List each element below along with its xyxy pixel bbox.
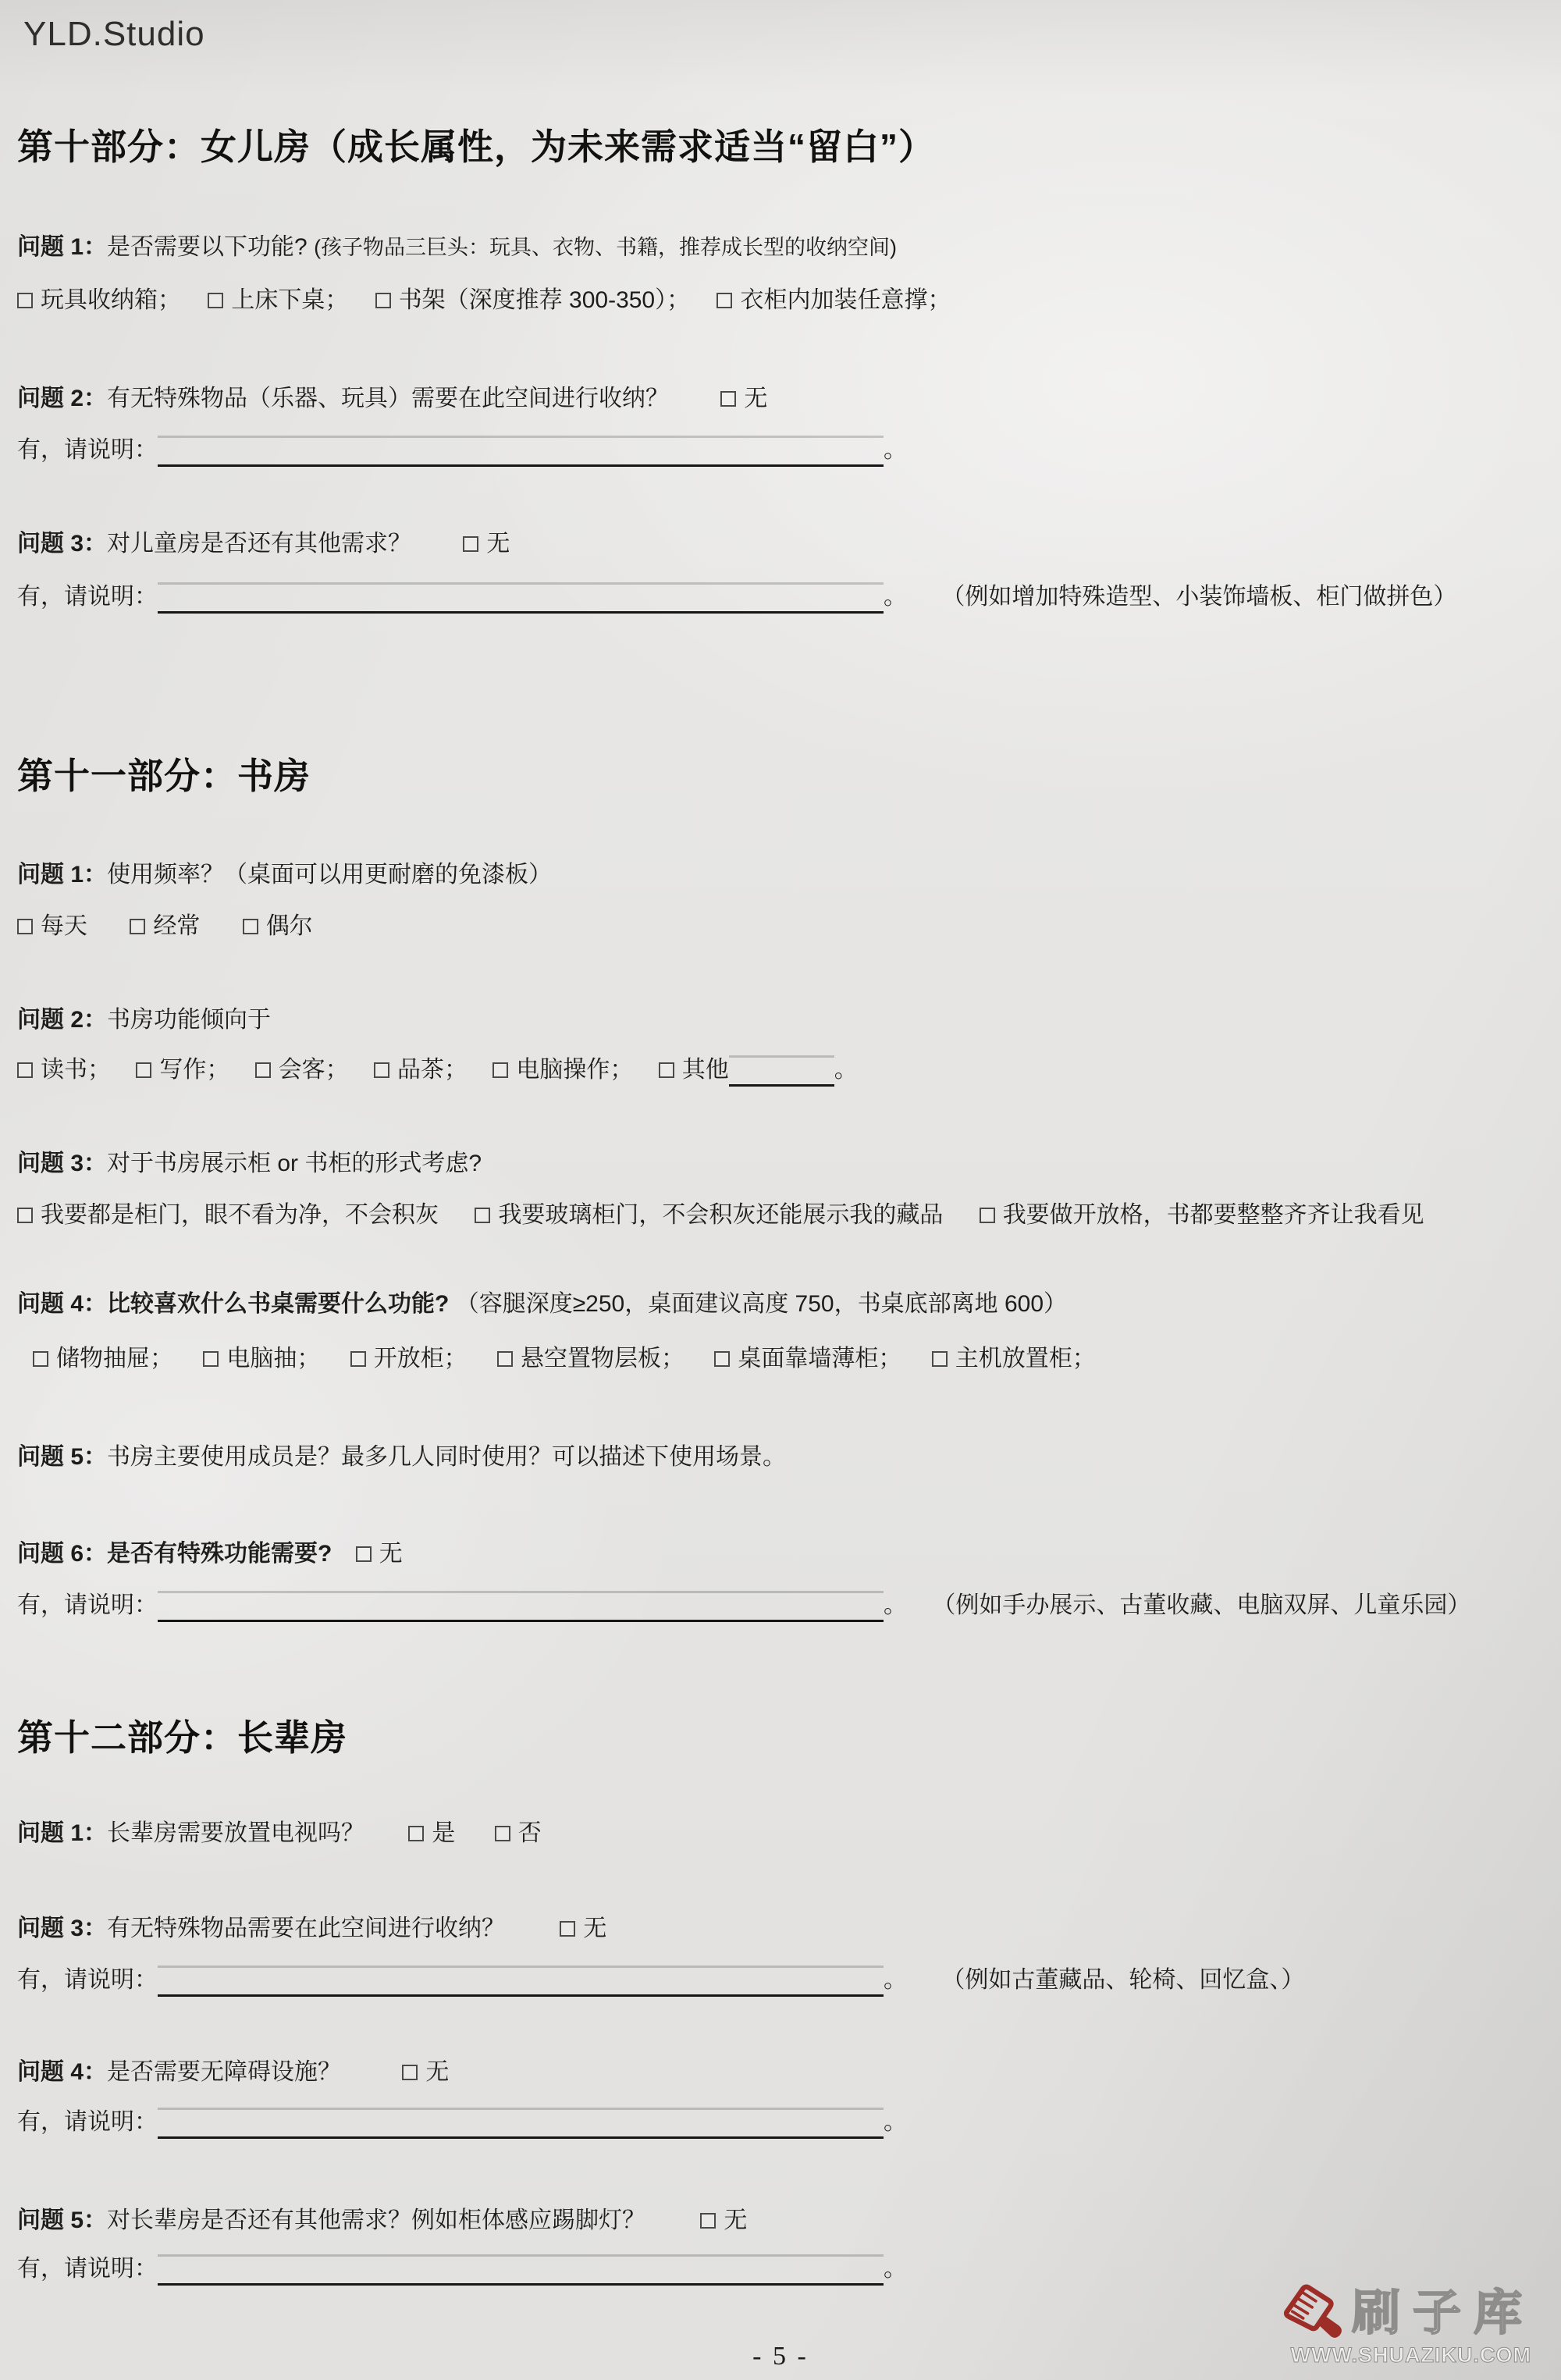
s11-q1-options: 每天 经常 偶尔 (17, 910, 313, 943)
checkbox-option: 储物抽屉； (33, 1343, 173, 1375)
checkbox[interactable] (492, 1062, 508, 1078)
checkbox[interactable] (716, 293, 732, 308)
write-in-blank[interactable] (729, 1058, 834, 1087)
option-label: 悬空置物层板； (521, 1346, 684, 1371)
checkbox-option: 玩具收纳箱； (17, 284, 181, 317)
period: 。 (834, 1057, 858, 1083)
question-text: 对儿童房是否还有其他需求？ (107, 531, 411, 557)
question-label: 问题 3： (17, 1916, 107, 1941)
option-label: 我要做开放格，书都要整整齐齐让我看见 (1003, 1202, 1424, 1228)
checkbox[interactable] (980, 1208, 995, 1223)
s11-q4-question: 问题 4：比较喜欢什么书桌需要什么功能? （容腿深度≥250，桌面建议高度 75… (17, 1288, 1067, 1321)
checkbox[interactable] (375, 293, 391, 308)
checkbox[interactable] (495, 1826, 510, 1841)
question-text: 是否需要无障碍设施？ (107, 2059, 341, 2085)
s12-q1-question: 问题 1：长辈房需要放置电视吗？ 是 否 (17, 1817, 542, 1850)
s12-q3-fill-line: 有，请说明：。 （例如古董藏品、轮椅、回忆盒、） (17, 1964, 1304, 1997)
checkbox[interactable] (17, 1208, 33, 1223)
option-label: 书架（深度推荐 300-350）； (399, 287, 690, 313)
checkbox-option: 每天 (17, 910, 87, 943)
option-label: 无 (486, 531, 510, 557)
fill-prefix: 有，请说明： (17, 1592, 158, 1618)
question-label: 问题 3： (17, 531, 107, 557)
s11-q3-options: 我要都是柜门，眼不看为净，不会积灰 我要玻璃柜门，不会积灰还能展示我的藏品 我要… (17, 1199, 1424, 1232)
question-text: 有无特殊物品需要在此空间进行收纳？ (107, 1916, 505, 1941)
checkbox-option: 偶尔 (243, 910, 313, 943)
option-label: 其他 (682, 1057, 729, 1083)
question-text: 是否有特殊功能需要? (107, 1541, 332, 1567)
option-label: 读书； (41, 1057, 111, 1083)
checkbox[interactable] (136, 1062, 151, 1078)
checkbox-option: 电脑操作； (492, 1054, 633, 1087)
checkbox-option: 会客； (255, 1054, 349, 1087)
option-label: 无 (583, 1916, 606, 1941)
checkbox[interactable] (17, 293, 33, 308)
checkbox-option: 我要都是柜门，眼不看为净，不会积灰 (17, 1199, 439, 1232)
s12-q5-question: 问题 5：对长辈房是否还有其他需求？例如柜体感应踢脚灯？ 无 (17, 2204, 747, 2237)
s11-q6-fill-line: 有，请说明：。 （例如手办展示、古董收藏、电脑双屏、儿童乐园） (17, 1589, 1470, 1622)
period: 。 (884, 2109, 907, 2135)
fill-prefix: 有，请说明： (17, 2109, 158, 2135)
question-text: 对长辈房是否还有其他需求？例如柜体感应踢脚灯？ (107, 2207, 645, 2233)
option-label: 衣柜内加装任意撑； (740, 287, 951, 313)
fill-prefix: 有，请说明： (17, 2256, 158, 2282)
checkbox-option: 无 (720, 382, 767, 415)
checkbox[interactable] (659, 1062, 674, 1078)
brand-logo: YLD.Studio (23, 12, 205, 56)
checkbox-option: 电脑抽； (203, 1343, 320, 1375)
watermark: 刷子库 (1277, 2278, 1534, 2350)
checkbox-option: 写作； (136, 1054, 229, 1087)
question-text: 有无特殊物品（乐器、玩具）需要在此空间进行收纳？ (107, 386, 669, 411)
write-in-blank[interactable] (158, 2257, 884, 2286)
option-label: 每天 (41, 913, 87, 939)
option-label: 无 (379, 1541, 403, 1567)
question-text: 书房功能倾向于 (107, 1007, 271, 1033)
s11-q4-options: 储物抽屉； 电脑抽； 开放柜； 悬空置物层板； 桌面靠墙薄柜； 主机放置柜； (33, 1343, 1096, 1375)
checkbox[interactable] (497, 1351, 513, 1367)
checkbox-option: 开放柜； (350, 1343, 468, 1375)
question-note: (孩子物品三巨头：玩具、衣物、书籍，推荐成长型的收纳空间) (314, 236, 897, 259)
s12-q4-fill-line: 有，请说明：。 (17, 2106, 907, 2139)
question-label: 问题 4： (17, 1291, 107, 1317)
option-label: 我要玻璃柜门，不会积灰还能展示我的藏品 (498, 1202, 943, 1228)
question-label: 问题 1： (17, 1820, 107, 1846)
option-label: 储物抽屉； (56, 1346, 173, 1371)
s11-q2-question: 问题 2：书房功能倾向于 (17, 1004, 271, 1037)
question-label: 问题 1： (17, 862, 107, 888)
checkbox[interactable] (700, 2213, 716, 2229)
questionnaire-page: YLD.Studio 第十部分：女儿房（成长属性，为未来需求适当“留白”） 问题… (0, 0, 1561, 2380)
section-11-title: 第十一部分：书房 (17, 752, 311, 799)
question-text: 使用频率？ (107, 862, 224, 888)
s12-q3-question: 问题 3：有无特殊物品需要在此空间进行收纳？ 无 (17, 1912, 606, 1945)
checkbox[interactable] (475, 1208, 490, 1223)
checkbox-option: 书架（深度推荐 300-350）； (375, 284, 690, 317)
s10-q3-question: 问题 3：对儿童房是否还有其他需求？ 无 (17, 528, 510, 560)
s10-q1-question: 问题 1：是否需要以下功能? (孩子物品三巨头：玩具、衣物、书籍，推荐成长型的收… (17, 231, 897, 264)
checkbox-option: 桌面靠墙薄柜； (714, 1343, 901, 1375)
checkbox-option: 无 (356, 1538, 403, 1571)
checkbox-option: 无 (402, 2056, 449, 2089)
option-label: 无 (425, 2059, 449, 2085)
s11-q3-question: 问题 3：对于书房展示柜 or 书柜的形式考虑? (17, 1147, 482, 1180)
option-label: 无 (744, 386, 767, 411)
checkbox-option: 其他 (659, 1054, 729, 1087)
checkbox-option: 我要玻璃柜门，不会积灰还能展示我的藏品 (475, 1199, 943, 1232)
checkbox[interactable] (350, 1351, 366, 1367)
period: 。 (884, 437, 907, 463)
period: 。 (884, 1967, 907, 1993)
checkbox-option: 我要做开放格，书都要整整齐齐让我看见 (980, 1199, 1424, 1232)
question-label: 问题 5： (17, 1444, 107, 1470)
checkbox[interactable] (714, 1351, 730, 1367)
question-text: 书房主要使用成员是？最多几人同时使用？可以描述下使用场景。 (107, 1444, 786, 1470)
option-label: 无 (724, 2207, 747, 2233)
question-text: 对于书房展示柜 or 书柜的形式考虑? (107, 1151, 482, 1176)
checkbox[interactable] (203, 1351, 219, 1367)
option-label: 我要都是柜门，眼不看为净，不会积灰 (41, 1202, 439, 1228)
option-label: 会客； (279, 1057, 349, 1083)
checkbox[interactable] (356, 1546, 372, 1562)
checkbox[interactable] (408, 1826, 424, 1841)
option-label: 主机放置柜； (955, 1346, 1096, 1371)
question-note: （容腿深度≥250，桌面建议高度 750，书桌底部离地 600） (456, 1291, 1067, 1317)
fill-note: （例如增加特殊造型、小装饰墙板、柜门做拼色） (941, 584, 1456, 610)
question-note: （桌面可以用更耐磨的免漆板） (224, 862, 552, 888)
write-in-blank[interactable] (158, 585, 884, 614)
checkbox-option: 主机放置柜； (932, 1343, 1096, 1375)
option-label: 品茶； (397, 1057, 468, 1083)
checkbox-option: 是 (408, 1817, 455, 1850)
checkbox[interactable] (402, 2065, 418, 2080)
checkbox[interactable] (255, 1062, 271, 1078)
checkbox-option: 否 (495, 1817, 542, 1850)
question-text: 比较喜欢什么书桌需要什么功能? (107, 1291, 449, 1317)
fill-prefix: 有，请说明： (17, 437, 158, 463)
s10-q1-options: 玩具收纳箱； 上床下桌； 书架（深度推荐 300-350）； 衣柜内加装任意撑； (17, 284, 951, 317)
option-label: 否 (518, 1820, 542, 1846)
question-label: 问题 6： (17, 1541, 107, 1567)
checkbox[interactable] (932, 1351, 948, 1367)
s10-q2-question: 问题 2：有无特殊物品（乐器、玩具）需要在此空间进行收纳？ 无 (17, 382, 767, 415)
section-12-title: 第十二部分：长辈房 (17, 1714, 347, 1761)
option-label: 电脑抽； (226, 1346, 320, 1371)
period: 。 (884, 1592, 907, 1618)
checkbox[interactable] (33, 1351, 48, 1367)
checkbox[interactable] (720, 391, 736, 407)
checkbox[interactable] (463, 536, 478, 552)
checkbox[interactable] (374, 1062, 389, 1078)
option-label: 开放柜； (374, 1346, 468, 1371)
s10-q2-fill-line: 有，请说明：。 (17, 434, 907, 467)
s11-q5-question: 问题 5：书房主要使用成员是？最多几人同时使用？可以描述下使用场景。 (17, 1441, 786, 1474)
question-text: 是否需要以下功能? (107, 234, 308, 260)
option-label: 是 (432, 1820, 455, 1846)
checkbox-option: 无 (560, 1912, 606, 1945)
question-label: 问题 1： (17, 234, 107, 260)
period: 。 (884, 2256, 907, 2282)
option-label: 偶尔 (266, 913, 313, 939)
watermark-name: 刷子库 (1352, 2283, 1534, 2344)
watermark-url: WWW.SHUAZIKU.COM (1291, 2343, 1531, 2368)
brush-icon (1277, 2278, 1349, 2350)
fill-prefix: 有，请说明： (17, 1967, 158, 1993)
fill-note: （例如古董藏品、轮椅、回忆盒、） (941, 1967, 1304, 1993)
fill-note: （例如手办展示、古董收藏、电脑双屏、儿童乐园） (932, 1592, 1470, 1618)
write-in-blank[interactable] (158, 438, 884, 467)
checkbox-option: 无 (463, 528, 510, 560)
checkbox[interactable] (208, 293, 223, 308)
checkbox[interactable] (17, 1062, 33, 1078)
question-label: 问题 2： (17, 386, 107, 411)
question-text: 长辈房需要放置电视吗？ (107, 1820, 364, 1846)
option-label: 经常 (153, 913, 200, 939)
checkbox[interactable] (560, 1921, 575, 1937)
checkbox-option: 无 (700, 2204, 747, 2237)
option-label: 玩具收纳箱； (41, 287, 181, 313)
checkbox-option: 经常 (130, 910, 200, 943)
checkbox[interactable] (17, 919, 33, 934)
write-in-blank[interactable] (158, 1593, 884, 1622)
option-label: 写作； (159, 1057, 229, 1083)
question-label: 问题 5： (17, 2207, 107, 2233)
checkbox-option: 上床下桌； (208, 284, 348, 317)
s11-q1-question: 问题 1：使用频率？（桌面可以用更耐磨的免漆板） (17, 859, 552, 891)
checkbox-option: 读书； (17, 1054, 111, 1087)
checkbox[interactable] (243, 919, 258, 934)
option-label: 上床下桌； (231, 287, 348, 313)
s12-q5-fill-line: 有，请说明：。 (17, 2253, 907, 2286)
s11-q6-question: 问题 6：是否有特殊功能需要? 无 (17, 1538, 403, 1571)
checkbox[interactable] (130, 919, 145, 934)
checkbox-option: 悬空置物层板； (497, 1343, 684, 1375)
checkbox-option: 品茶； (374, 1054, 468, 1087)
s12-q4-question: 问题 4：是否需要无障碍设施？ 无 (17, 2056, 449, 2089)
checkbox-option: 衣柜内加装任意撑； (716, 284, 951, 317)
question-label: 问题 4： (17, 2059, 107, 2085)
option-label: 桌面靠墙薄柜； (738, 1346, 901, 1371)
question-label: 问题 2： (17, 1007, 107, 1033)
question-label: 问题 3： (17, 1151, 107, 1176)
section-10-title: 第十部分：女儿房（成长属性，为未来需求适当“留白”） (17, 123, 935, 170)
fill-prefix: 有，请说明： (17, 584, 158, 610)
write-in-blank[interactable] (158, 2110, 884, 2139)
period: 。 (884, 584, 907, 610)
s10-q3-fill-line: 有，请说明：。 （例如增加特殊造型、小装饰墙板、柜门做拼色） (17, 581, 1456, 614)
option-label: 电脑操作； (516, 1057, 633, 1083)
write-in-blank[interactable] (158, 1968, 884, 1997)
s11-q2-options: 读书； 写作； 会客； 品茶； 电脑操作； 其他。 (17, 1054, 858, 1087)
